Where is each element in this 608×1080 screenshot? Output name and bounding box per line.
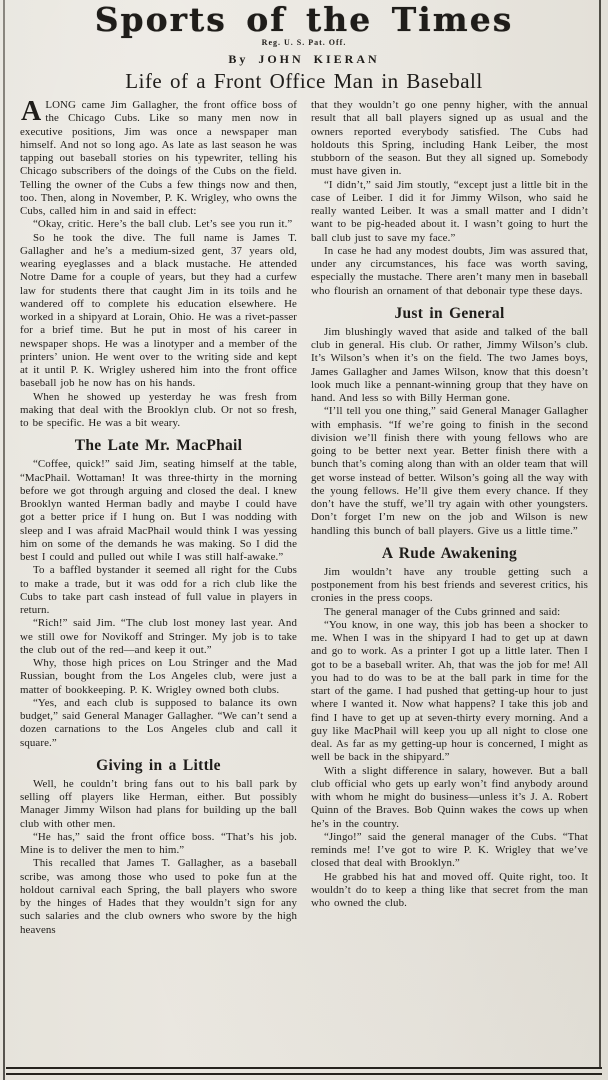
article-paragraph: “I didn’t,” said Jim stoutly, “except ju… xyxy=(311,179,588,245)
article-paragraph: “Jingo!” said the general manager of the… xyxy=(311,831,588,871)
section-subhead: A Rude Awakening xyxy=(311,545,588,562)
article-paragraph: So he took the dive. The full name is Ja… xyxy=(20,232,297,391)
byline: By JOHN KIERAN xyxy=(0,53,608,66)
trademark-registration: Reg. U. S. Pat. Off. xyxy=(0,38,608,47)
article-paragraph: “He has,” said the front office boss. “T… xyxy=(20,831,297,858)
left-edge-rule xyxy=(3,0,5,1080)
article-paragraph: He grabbed his hat and moved off. Quite … xyxy=(311,871,588,911)
column-title: Sports of the Times xyxy=(0,3,608,37)
article-paragraph: In case he had any modest doubts, Jim wa… xyxy=(311,245,588,298)
article-paragraph: With a slight difference in salary, howe… xyxy=(311,765,588,831)
article-column-left: ALONG came Jim Gallagher, the front offi… xyxy=(20,99,297,937)
article-paragraph: “Okay, critic. Here’s the ball club. Let… xyxy=(20,218,297,231)
article-paragraph: “Coffee, quick!” said Jim, seating himse… xyxy=(20,458,297,564)
article-headline: Life of a Front Office Man in Baseball xyxy=(0,70,608,92)
newspaper-page: Sports of the Times Reg. U. S. Pat. Off.… xyxy=(0,0,608,1080)
article-body: ALONG came Jim Gallagher, the front offi… xyxy=(0,92,608,937)
article-paragraph: To a baffled bystander it seemed all rig… xyxy=(20,564,297,617)
right-edge-rule xyxy=(599,0,601,1068)
article-paragraph: that they wouldn’t go one penny higher, … xyxy=(311,99,588,179)
article-paragraph: The general manager of the Cubs grinned … xyxy=(311,606,588,619)
section-subhead: The Late Mr. MacPhail xyxy=(20,437,297,454)
bottom-double-rule xyxy=(6,1067,602,1075)
section-subhead: Giving in a Little xyxy=(20,757,297,774)
article-paragraph: This recalled that James T. Gallagher, a… xyxy=(20,857,297,937)
article-paragraph: “I’ll tell you one thing,” said General … xyxy=(311,405,588,538)
article-paragraph: When he showed up yesterday he was fresh… xyxy=(20,391,297,431)
article-paragraph: Why, those high prices on Lou Stringer a… xyxy=(20,657,297,697)
article-column-right: that they wouldn’t go one penny higher, … xyxy=(311,99,588,937)
article-paragraph: ALONG came Jim Gallagher, the front offi… xyxy=(20,99,297,218)
article-paragraph: “Yes, and each club is supposed to balan… xyxy=(20,697,297,750)
section-subhead: Just in General xyxy=(311,305,588,322)
drop-cap: A xyxy=(20,99,45,124)
masthead: Sports of the Times Reg. U. S. Pat. Off.… xyxy=(0,0,608,92)
article-paragraph: “Rich!” said Jim. “The club lost money l… xyxy=(20,617,297,657)
article-paragraph: Well, he couldn’t bring fans out to his … xyxy=(20,778,297,831)
article-paragraph: Jim blushingly waved that aside and talk… xyxy=(311,326,588,406)
article-paragraph: “You know, in one way, this job has been… xyxy=(311,619,588,765)
article-paragraph: Jim wouldn’t have any trouble getting su… xyxy=(311,566,588,606)
